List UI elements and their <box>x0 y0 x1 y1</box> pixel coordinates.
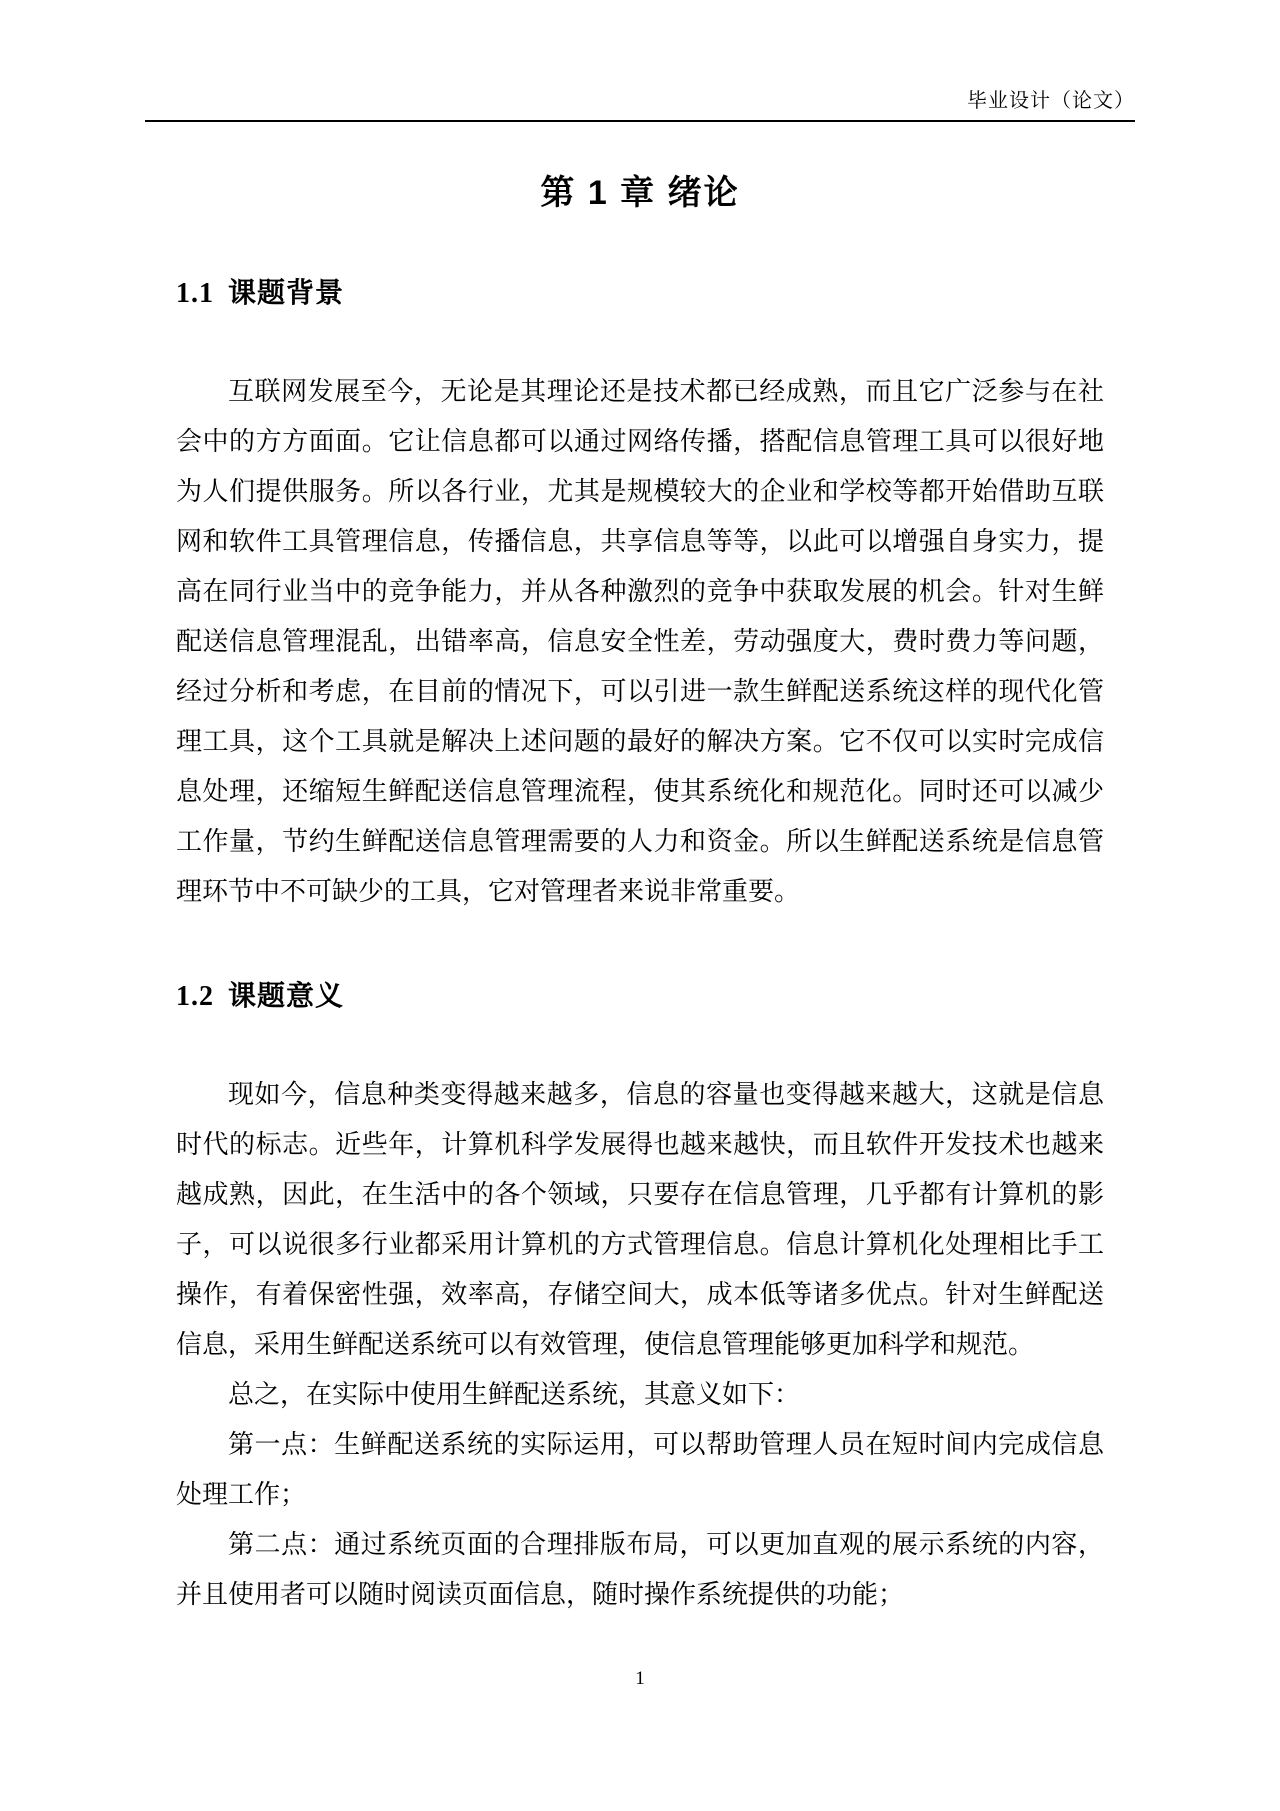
section-number: 1.2 <box>176 981 214 1012</box>
page-content: 第 1 章 绪论 1.1课题背景 互联网发展至今，无论是其理论还是技术都已经成熟… <box>176 172 1104 1620</box>
page-header: 毕业设计（论文） <box>145 0 1135 122</box>
section-heading-1-2: 1.2课题意义 <box>176 979 1104 1014</box>
section-title: 课题背景 <box>228 277 344 308</box>
page-number: 1 <box>635 1668 645 1689</box>
chapter-title: 第 1 章 绪论 <box>176 172 1104 214</box>
section-1-2-paragraph: 第一点：生鲜配送系统的实际运用，可以帮助管理人员在短时间内完成信息处理工作； <box>176 1420 1104 1520</box>
page-footer: 1 <box>0 1668 1280 1690</box>
section-title: 课题意义 <box>228 980 344 1011</box>
section-1-2-paragraph: 第二点：通过系统页面的合理排版布局，可以更加直观的展示系统的内容，并且使用者可以… <box>176 1520 1104 1620</box>
header-label: 毕业设计（论文） <box>967 90 1135 112</box>
document-page: 毕业设计（论文） 第 1 章 绪论 1.1课题背景 互联网发展至今，无论是其理论… <box>0 0 1280 1811</box>
section-number: 1.1 <box>176 278 214 309</box>
section-1-1-paragraph: 互联网发展至今，无论是其理论还是技术都已经成熟，而且它广泛参与在社会中的方方面面… <box>176 367 1104 917</box>
section-heading-1-1: 1.1课题背景 <box>176 276 1104 311</box>
section-1-2-paragraph: 总之，在实际中使用生鲜配送系统，其意义如下： <box>176 1370 1104 1420</box>
section-1-2-paragraph: 现如今，信息种类变得越来越多，信息的容量也变得越来越大，这就是信息时代的标志。近… <box>176 1070 1104 1370</box>
